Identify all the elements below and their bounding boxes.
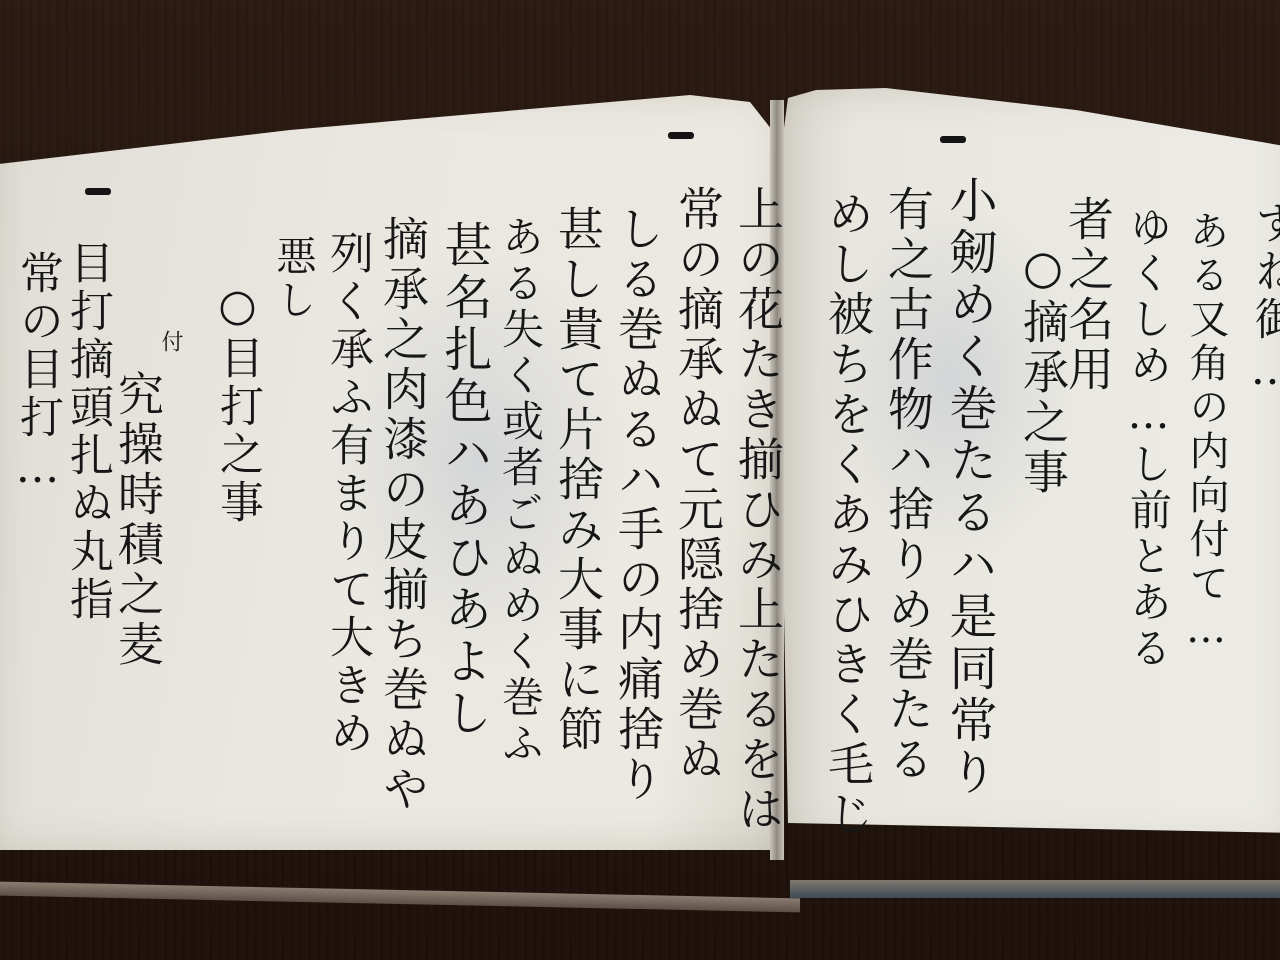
column-marker (668, 132, 694, 139)
text-column: しる巻ぬるハ手の内痛捨り (605, 205, 671, 805)
open-book: すね御… ある又角の内向付て… ゆくしめ…し前とある 者之名用 ○摘承之事 小剱… (0, 0, 1280, 960)
text-column: すね御… (1240, 200, 1280, 399)
text-column: 悪し (265, 235, 322, 323)
text-column: ゆくしめ…し前とある (1118, 205, 1178, 672)
text-column: めし被ちをくあみひきく毛じ (815, 190, 881, 840)
column-marker (940, 136, 966, 143)
text-column: ある又角の内向付て… (1178, 210, 1235, 656)
text-column: 甚し貴て片捨み大事に節 (545, 205, 611, 755)
left-page-edge (0, 882, 800, 913)
text-column: 甚名扎色ハあひあよし (430, 220, 499, 740)
section-heading: ○摘承之事 (1010, 240, 1076, 498)
text-column: 摘承之肉漆の皮揃ち巻ぬや (370, 215, 436, 815)
text-column: 常の摘承ぬて元隠捨め巻ぬ (665, 185, 731, 785)
text-column: 小剱めく巻たるハ是同常り (935, 175, 1004, 799)
text-column: 列く承ふ有まりて大きめ (315, 230, 379, 758)
text-column: 常の目打… (5, 250, 69, 497)
annotation: 付 (155, 330, 186, 356)
text-column: 上の花たき揃ひみ上たるをは (725, 185, 791, 835)
column-marker (85, 188, 111, 195)
text-column: 有之古作物ハ捨りめ巻たる (875, 185, 941, 785)
right-page-edge (790, 880, 1280, 898)
section-heading: ○目打之事 (205, 280, 269, 527)
text-column: ある失く或者ごぬめく巻ふ (490, 215, 550, 767)
